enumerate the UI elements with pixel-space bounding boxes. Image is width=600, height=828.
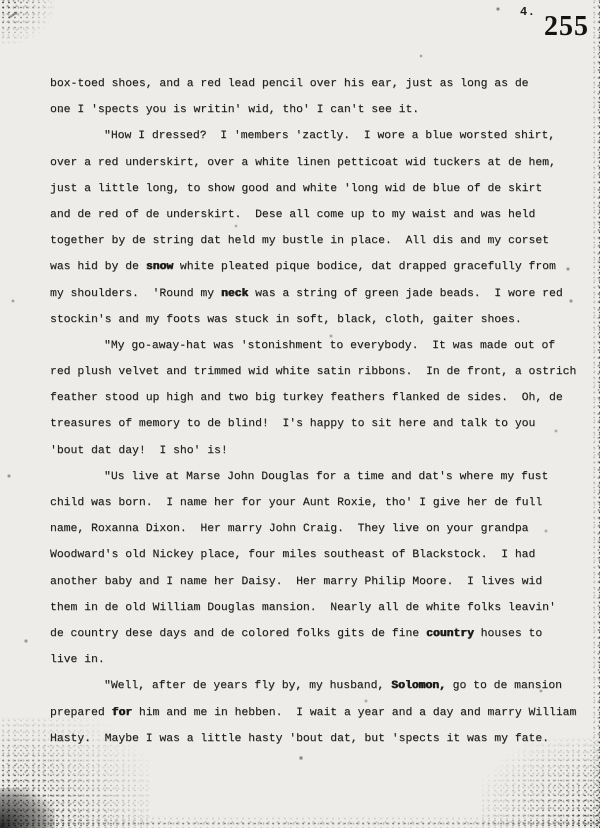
text-segment: name, Roxanna Dixon. Her marry John Crai… [50,523,529,535]
text-segment: white pleated pique bodice, dat drapped … [173,261,556,273]
text-segment: "How I dressed? I 'members 'zactly. I wo… [104,130,555,142]
text-line: was hid by de snow white pleated pique b… [50,254,580,280]
text-line: red plush velvet and trimmed wid white s… [50,359,580,385]
text-segment: my shoulders. 'Round my [50,288,221,300]
text-segment: red plush velvet and trimmed wid white s… [50,366,576,378]
text-line: name, Roxanna Dixon. Her marry John Crai… [50,516,580,542]
text-segment: one I 'spects you is writin' wid, tho' I… [50,104,419,116]
text-line: "Us live at Marse John Douglas for a tim… [50,464,580,490]
text-line: "My go-away-hat was 'stonishment to ever… [50,333,580,359]
overstruck-word: country [426,628,474,640]
typed-page-marker: 4. [520,5,535,19]
text-segment: just a little long, to show good and whi… [50,183,542,195]
text-segment: live in. [50,654,105,666]
text-segment: "Us live at Marse John Douglas for a tim… [104,471,548,483]
scan-crease-mark [8,11,17,18]
text-segment: was a string of green jade beads. I wore… [248,288,562,300]
overstruck-word: Solomon, [391,680,446,692]
scan-noise-top-left [0,0,55,45]
text-segment: stockin's and my foots was stuck in soft… [50,314,522,326]
text-segment: them in de old William Douglas mansion. … [50,602,556,614]
text-segment: treasures of memory to de blind! I's hap… [50,418,535,430]
text-line: child was born. I name her for your Aunt… [50,490,580,516]
text-segment: box-toed shoes, and a red lead pencil ov… [50,78,529,90]
scan-noise-bottom-edge [0,816,600,828]
text-line: feather stood up high and two big turkey… [50,385,580,411]
overstruck-word: neck [221,288,248,300]
text-segment: de country dese days and de colored folk… [50,628,426,640]
text-segment: was hid by de [50,261,146,273]
scan-stray-dots [0,0,2,2]
text-segment: feather stood up high and two big turkey… [50,392,563,404]
text-line: over a red underskirt, over a white line… [50,150,580,176]
text-line: 'bout dat day! I sho' is! [50,438,580,464]
text-line: together by de string dat held my bustle… [50,228,580,254]
text-segment: "My go-away-hat was 'stonishment to ever… [104,340,555,352]
text-line: just a little long, to show good and whi… [50,176,580,202]
scan-blot-bottom-left [0,788,55,828]
document-body-text: box-toed shoes, and a red lead pencil ov… [50,71,580,752]
text-segment: Woodward's old Nickey place, four miles … [50,549,535,561]
scanned-document-page: 4. 255 box-toed shoes, and a red lead pe… [0,0,600,828]
text-line: "Well, after de years fly by, my husband… [50,673,580,699]
text-line: one I 'spects you is writin' wid, tho' I… [50,97,580,123]
text-line: "How I dressed? I 'members 'zactly. I wo… [50,123,580,149]
text-line: box-toed shoes, and a red lead pencil ov… [50,71,580,97]
text-segment: prepared [50,707,112,719]
text-segment: child was born. I name her for your Aunt… [50,497,542,509]
text-line: them in de old William Douglas mansion. … [50,595,580,621]
text-line: prepared for him and me in hebben. I wai… [50,700,580,726]
text-line: treasures of memory to de blind! I's hap… [50,411,580,437]
text-segment: Hasty. Maybe I was a little hasty 'bout … [50,733,549,745]
text-line: another baby and I name her Daisy. Her m… [50,569,580,595]
text-segment: 'bout dat day! I sho' is! [50,445,228,457]
scan-noise-right-edge [591,0,600,828]
text-segment: go to de mansion [446,680,562,692]
text-segment: "Well, after de years fly by, my husband… [104,680,391,692]
overstruck-word: for [112,707,133,719]
text-segment: together by de string dat held my bustle… [50,235,549,247]
text-line: Hasty. Maybe I was a little hasty 'bout … [50,726,580,752]
text-line: my shoulders. 'Round my neck was a strin… [50,281,580,307]
text-line: de country dese days and de colored folk… [50,621,580,647]
text-segment: and de red of de underskirt. Dese all co… [50,209,535,221]
text-segment: over a red underskirt, over a white line… [50,157,556,169]
text-line: and de red of de underskirt. Dese all co… [50,202,580,228]
text-line: Woodward's old Nickey place, four miles … [50,542,580,568]
page-number-stamp: 255 [544,11,589,43]
text-segment: houses to [474,628,542,640]
text-segment: him and me in hebben. I wait a year and … [132,707,576,719]
overstruck-word: snow [146,261,173,273]
text-line: stockin's and my foots was stuck in soft… [50,307,580,333]
text-segment: another baby and I name her Daisy. Her m… [50,576,542,588]
text-line: live in. [50,647,580,673]
